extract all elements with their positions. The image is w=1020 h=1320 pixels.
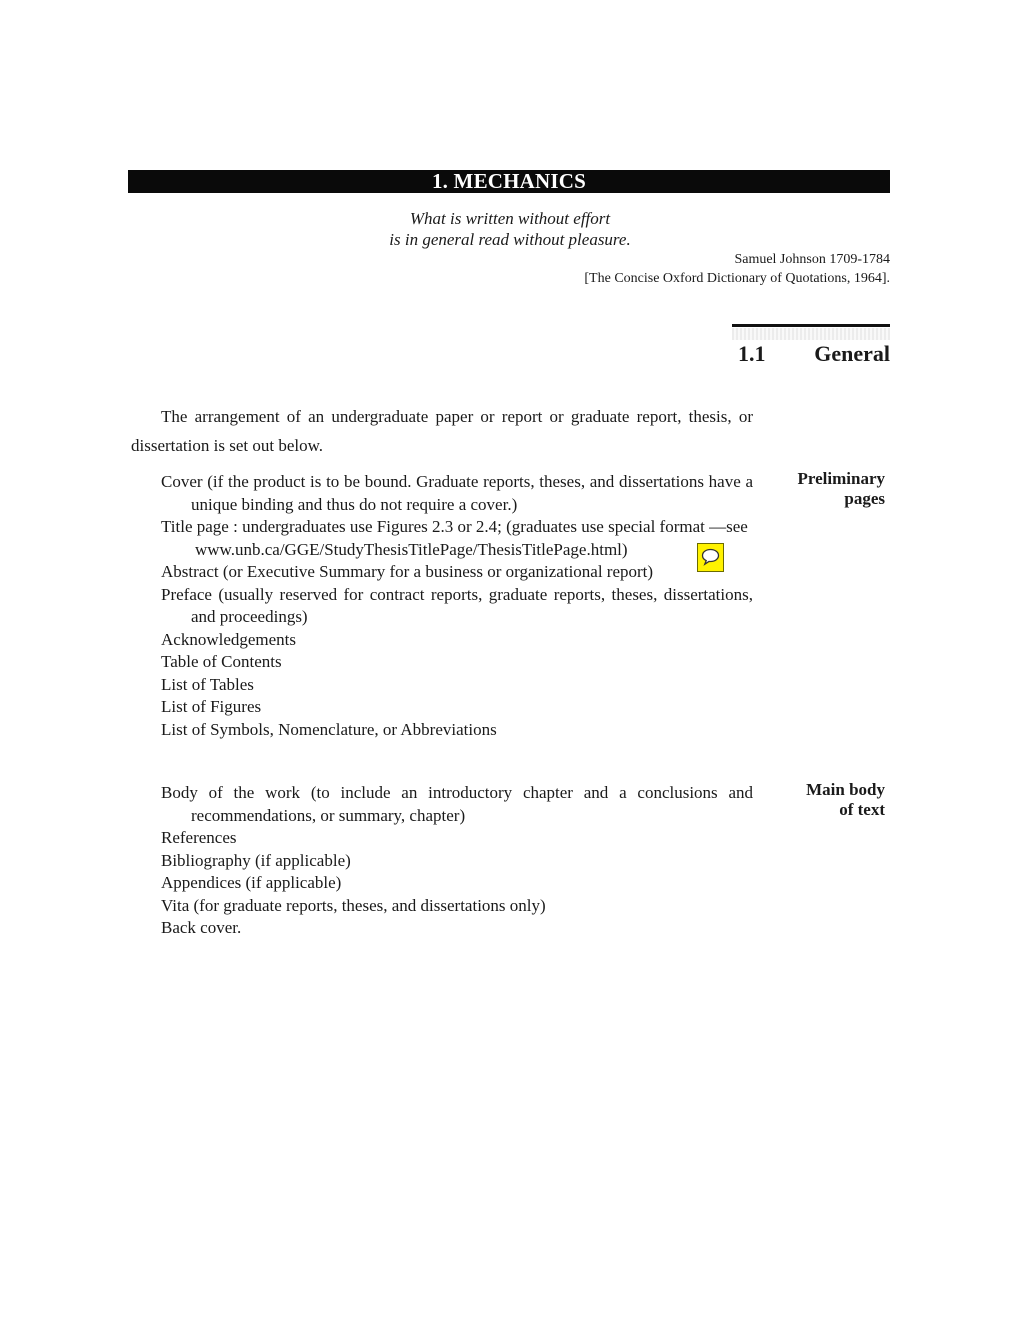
chapter-title: 1. MECHANICS: [432, 169, 586, 193]
epigraph-line: What is written without effort: [300, 208, 720, 229]
epigraph-author: Samuel Johnson 1709-1784: [584, 250, 890, 269]
list-item: List of Tables: [161, 674, 753, 697]
list-item: Appendices (if applicable): [161, 872, 753, 895]
list-item: Back cover.: [161, 917, 753, 940]
speech-bubble-icon: [701, 548, 720, 566]
list-item: List of Figures: [161, 696, 753, 719]
comment-icon[interactable]: [697, 543, 724, 572]
list-item: Body of the work (to include an introduc…: [161, 782, 753, 827]
list-item: Abstract (or Executive Summary for a bus…: [161, 561, 753, 584]
section-number: 1.1: [738, 340, 766, 368]
margin-note-preliminary: Preliminary pages: [735, 469, 885, 509]
chapter-title-bar: 1. MECHANICS: [128, 170, 890, 193]
epigraph-attribution: Samuel Johnson 1709-1784 [The Concise Ox…: [584, 250, 890, 288]
title-page-text: Title page : undergraduates use Figures …: [161, 517, 748, 536]
epigraph-source: [The Concise Oxford Dictionary of Quotat…: [584, 269, 890, 288]
margin-note-line: pages: [735, 489, 885, 509]
margin-note-line: Main body: [735, 780, 885, 800]
epigraph-line: is in general read without pleasure.: [300, 229, 720, 250]
list-item: Bibliography (if applicable): [161, 850, 753, 873]
preliminary-pages-list: Cover (if the product is to be bound. Gr…: [161, 471, 753, 741]
margin-note-line: Preliminary: [735, 469, 885, 489]
intro-paragraph: The arrangement of an undergraduate pape…: [131, 402, 753, 460]
margin-note-main-body: Main body of text: [735, 780, 885, 820]
epigraph: What is written without effort is in gen…: [300, 208, 720, 250]
list-item: Table of Contents: [161, 651, 753, 674]
list-item: Title page : undergraduates use Figures …: [161, 516, 753, 561]
main-body-list: Body of the work (to include an introduc…: [161, 782, 753, 940]
margin-note-line: of text: [735, 800, 885, 820]
list-item: Preface (usually reserved for contract r…: [161, 584, 753, 629]
title-page-url[interactable]: www.unb.ca/GGE/StudyThesisTitlePage/Thes…: [191, 539, 753, 562]
section-rule-shading: [732, 328, 890, 340]
list-item: List of Symbols, Nomenclature, or Abbrev…: [161, 719, 753, 742]
section-rule: [732, 324, 890, 327]
section-title: General: [814, 340, 890, 368]
list-item: Vita (for graduate reports, theses, and …: [161, 895, 753, 918]
list-item: References: [161, 827, 753, 850]
list-item: Cover (if the product is to be bound. Gr…: [161, 471, 753, 516]
list-item: Acknowledgements: [161, 629, 753, 652]
